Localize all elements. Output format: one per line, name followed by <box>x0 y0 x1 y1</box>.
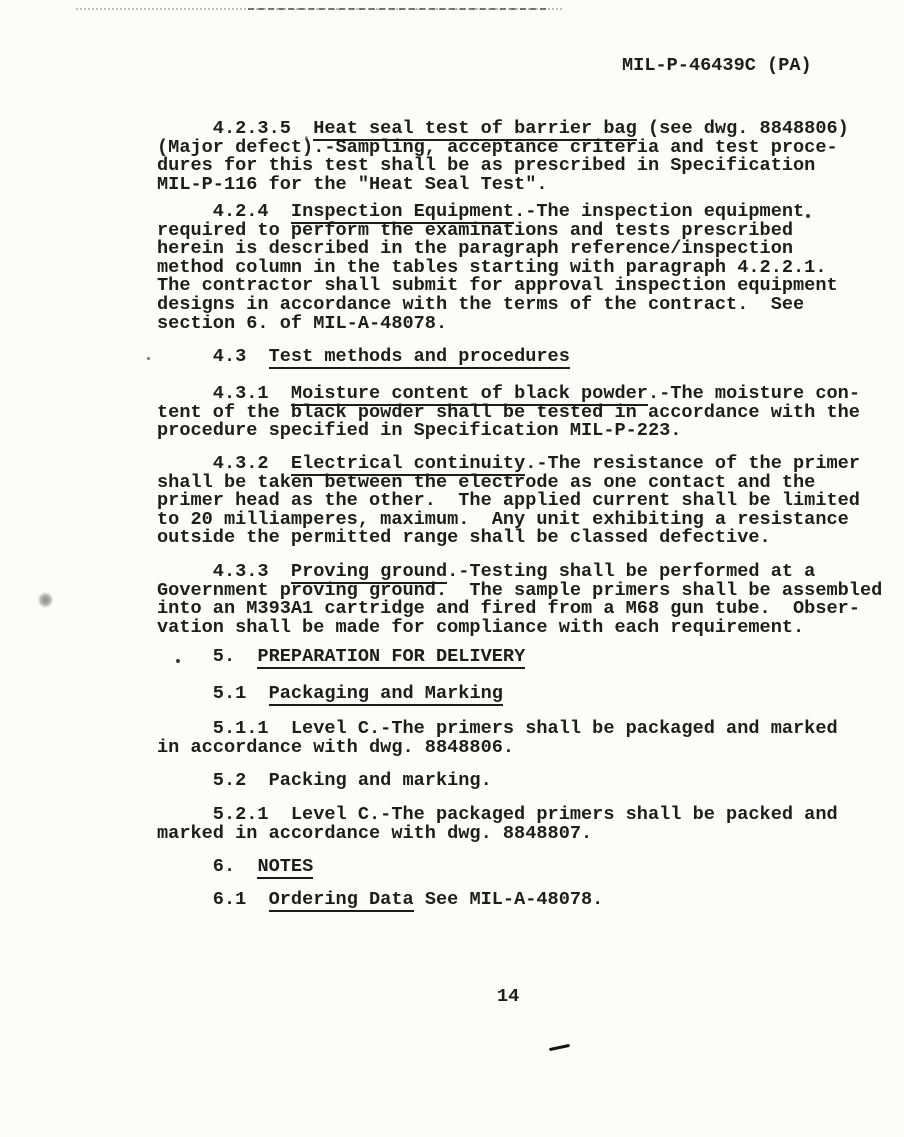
para-4-3-2: 4.3.2 Electrical continuity.-The resista… <box>157 455 860 548</box>
underlined-text: Test methods and procedures <box>269 346 570 369</box>
text-line: procedure specified in Specification MIL… <box>157 422 860 441</box>
text-segment: 4.3 <box>157 346 269 367</box>
text-line: section 6. of MIL-A-48078. <box>157 315 838 334</box>
text-segment: section 6. of MIL-A-48078. <box>157 313 447 334</box>
text-segment: 5. <box>157 646 257 667</box>
text-segment: 5.1 <box>157 683 269 704</box>
scan-speck <box>147 357 150 360</box>
text-line: 5.2 Packing and marking. <box>157 772 492 791</box>
text-segment: vation shall be made for compliance with… <box>157 617 804 638</box>
text-line: 5.1 Packaging and Marking <box>157 685 503 704</box>
heading-5-2: 5.2 Packing and marking. <box>157 772 492 791</box>
heading-5: 5. PREPARATION FOR DELIVERY <box>157 648 525 667</box>
text-segment: in accordance with dwg. 8848806. <box>157 737 514 758</box>
para-4-3-1: 4.3.1 Moisture content of black powder.-… <box>157 385 860 441</box>
document-page: MIL-P-46439C (PA) 4.2.3.5 Heat seal test… <box>0 0 904 1137</box>
scan-artifact-dash <box>549 1044 570 1051</box>
text-line: vation shall be made for compliance with… <box>157 619 882 638</box>
text-line: 5. PREPARATION FOR DELIVERY <box>157 648 525 667</box>
text-line: 6. NOTES <box>157 858 313 877</box>
text-segment: 5.2 Packing and marking. <box>157 770 492 791</box>
text-segment: outside the permitted range shall be cla… <box>157 527 771 548</box>
para-5-2-1: 5.2.1 Level C.-The packaged primers shal… <box>157 806 838 843</box>
para-5-1-1: 5.1.1 Level C.-The primers shall be pack… <box>157 720 838 757</box>
underlined-text: Ordering Data <box>269 889 414 912</box>
heading-6: 6. NOTES <box>157 858 313 877</box>
underlined-text: Packaging and Marking <box>269 683 503 706</box>
underlined-text: PREPARATION FOR DELIVERY <box>257 646 525 669</box>
para-4-2-4: 4.2.4 Inspection Equipment.-The inspecti… <box>157 203 838 333</box>
text-line: in accordance with dwg. 8848806. <box>157 739 838 758</box>
text-segment: 6.1 <box>157 889 269 910</box>
para-6-1: 6.1 Ordering Data See MIL-A-48078. <box>157 891 603 910</box>
text-line: 4.3 Test methods and procedures <box>157 348 570 367</box>
text-line: 6.1 Ordering Data See MIL-A-48078. <box>157 891 603 910</box>
underlined-text: NOTES <box>257 856 313 879</box>
heading-4-3: 4.3 Test methods and procedures <box>157 348 570 367</box>
scan-artifact-dashed-line <box>248 8 546 10</box>
text-segment: MIL-P-116 for the "Heat Seal Test". <box>157 174 548 195</box>
text-line: marked in accordance with dwg. 8848807. <box>157 825 838 844</box>
text-segment: See MIL-A-48078. <box>414 889 604 910</box>
scan-artifact-dotted-line <box>76 8 562 10</box>
text-line: outside the permitted range shall be cla… <box>157 529 860 548</box>
scan-artifact-smudge <box>38 592 53 608</box>
text-segment: procedure specified in Specification MIL… <box>157 420 681 441</box>
heading-5-1: 5.1 Packaging and Marking <box>157 685 503 704</box>
para-4-3-3: 4.3.3 Proving ground.-Testing shall be p… <box>157 563 882 637</box>
para-4-2-3-5: 4.2.3.5 Heat seal test of barrier bag (s… <box>157 120 849 194</box>
text-segment: 6. <box>157 856 257 877</box>
text-line: MIL-P-116 for the "Heat Seal Test". <box>157 176 849 195</box>
page-number: 14 <box>497 988 519 1007</box>
text-segment: marked in accordance with dwg. 8848807. <box>157 823 592 844</box>
spec-number-header: MIL-P-46439C (PA) <box>622 57 812 76</box>
